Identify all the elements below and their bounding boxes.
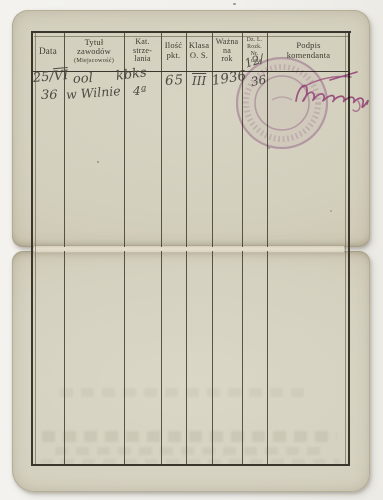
entry-date-month: VI bbox=[53, 68, 69, 84]
header-line: (Miejscowość) bbox=[74, 57, 114, 64]
header-line: lania bbox=[134, 55, 151, 64]
header-line: komendanta bbox=[287, 51, 331, 61]
column-header-data: Data bbox=[32, 31, 64, 71]
table-border-left-inner bbox=[35, 33, 36, 465]
header-line: Rozk. bbox=[247, 44, 262, 51]
header-line: O. S. bbox=[190, 51, 208, 61]
column-rule bbox=[161, 251, 162, 465]
column-rule bbox=[124, 251, 125, 465]
entry-class: III bbox=[192, 74, 206, 88]
table-border-bottom bbox=[32, 464, 349, 466]
table-border-left bbox=[31, 31, 33, 466]
card-lower-panel bbox=[12, 251, 370, 492]
scanned-document: Data Tytuł zawodów (Miejscowość) Kat. st… bbox=[0, 0, 383, 500]
entry-date: 25/VI bbox=[32, 68, 69, 86]
header-line: rok bbox=[221, 55, 232, 64]
entry-points: 65 bbox=[165, 72, 185, 89]
show-through-text bbox=[55, 447, 325, 455]
entry-date-year: 36 bbox=[41, 88, 58, 103]
header-line: Data bbox=[39, 46, 57, 56]
table-border-right-inner bbox=[345, 33, 346, 465]
entry-date-day: 25/ bbox=[32, 69, 54, 86]
show-through-text bbox=[60, 388, 310, 397]
column-rule bbox=[267, 251, 268, 465]
fold-crease bbox=[34, 245, 344, 253]
show-through-text bbox=[42, 431, 337, 442]
column-rule bbox=[64, 251, 65, 465]
paper-speck bbox=[268, 147, 270, 149]
paper-speck bbox=[233, 3, 236, 5]
column-header-points: Ilość pkt. bbox=[161, 31, 186, 71]
entry-order-line2: 36 bbox=[250, 72, 267, 88]
header-line: zawodów bbox=[77, 47, 111, 57]
column-header-signature: Podpis komendanta bbox=[267, 31, 350, 71]
column-header-class: Klasa O. S. bbox=[186, 31, 212, 71]
header-line: Dz. L. bbox=[247, 37, 263, 44]
entry-category-line2: 4ª bbox=[133, 84, 146, 98]
paper-speck bbox=[97, 161, 99, 163]
table-border-right bbox=[348, 31, 350, 466]
column-header-valid-year: Ważna na rok bbox=[212, 31, 242, 71]
column-header-title: Tytuł zawodów (Miejscowość) bbox=[64, 31, 124, 71]
column-rule bbox=[186, 251, 187, 465]
header-line: pkt. bbox=[167, 51, 181, 61]
column-rule bbox=[212, 251, 213, 465]
paper-speck bbox=[330, 210, 332, 212]
column-rule bbox=[242, 251, 243, 465]
